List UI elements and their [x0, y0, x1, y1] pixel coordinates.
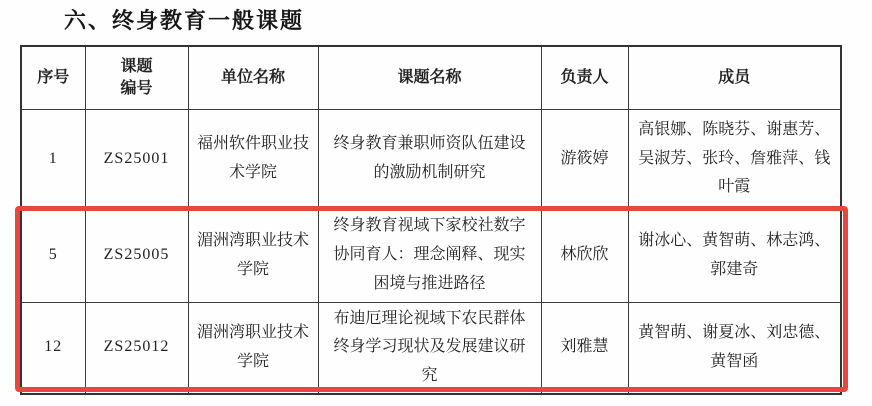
cell-topic: 终身教育视域下家校社数字协同育人：理念阐释、现实困境与推进路径: [318, 209, 541, 302]
column-header-label: 课题编号: [118, 56, 155, 99]
table-row: 5ZS25005湄洲湾职业技术学院终身教育视域下家校社数字协同育人：理念阐释、现…: [21, 209, 841, 302]
column-header-topic: 课题名称: [318, 46, 541, 109]
column-header-members: 成员: [628, 46, 841, 109]
cell-unit: 湄洲湾职业技术学院: [188, 209, 318, 302]
cell-topic: 布迪厄理论视域下农民群体终身学习现状及发展建议研究: [318, 302, 541, 394]
column-header-no: 序号: [21, 46, 85, 109]
document-page: 六、终身教育一般课题 序号课题编号单位名称课题名称负责人成员 1ZS25001福…: [0, 0, 872, 406]
table-header: 序号课题编号单位名称课题名称负责人成员: [21, 46, 841, 109]
cell-unit: 湄洲湾职业技术学院: [188, 302, 318, 394]
cell-unit: 福州软件职业技术学院: [188, 109, 318, 209]
column-header-label: 成员: [718, 69, 750, 86]
cell-members: 高银娜、陈晓芬、谢惠芳、吴淑芳、张玲、詹雅萍、钱叶霞: [628, 109, 841, 209]
cell-members: 谢冰心、黄智萌、林志鸿、郭建奇: [628, 209, 841, 302]
column-header-label: 负责人: [560, 69, 608, 86]
table-body: 1ZS25001福州软件职业技术学院终身教育兼职师资队伍建设的激励机制研究游筱婷…: [21, 109, 841, 394]
column-header-label: 单位名称: [221, 69, 285, 86]
cell-no: 1: [21, 109, 85, 209]
section-title: 六、终身教育一般课题: [64, 4, 304, 35]
cell-code: ZS25012: [85, 302, 188, 394]
column-header-unit: 单位名称: [188, 46, 318, 109]
cell-no: 12: [21, 302, 85, 394]
cell-code: ZS25005: [85, 209, 188, 302]
column-header-label: 课题名称: [397, 69, 461, 86]
topics-table: 序号课题编号单位名称课题名称负责人成员 1ZS25001福州软件职业技术学院终身…: [20, 45, 842, 395]
cell-topic: 终身教育兼职师资队伍建设的激励机制研究: [318, 109, 541, 209]
table-row: 1ZS25001福州软件职业技术学院终身教育兼职师资队伍建设的激励机制研究游筱婷…: [21, 109, 841, 209]
cell-no: 5: [21, 209, 85, 302]
cell-leader: 游筱婷: [541, 109, 628, 209]
table-row: 12ZS25012湄洲湾职业技术学院布迪厄理论视域下农民群体终身学习现状及发展建…: [21, 302, 841, 394]
column-header-leader: 负责人: [541, 46, 628, 109]
header-row: 序号课题编号单位名称课题名称负责人成员: [21, 46, 841, 109]
cell-code: ZS25001: [85, 109, 188, 209]
cell-leader: 刘雅慧: [541, 302, 628, 394]
column-header-label: 序号: [37, 69, 69, 86]
cell-members: 黄智萌、谢夏冰、刘忠德、黄智函: [628, 302, 841, 394]
cell-leader: 林欣欣: [541, 209, 628, 302]
column-header-code: 课题编号: [85, 46, 188, 109]
